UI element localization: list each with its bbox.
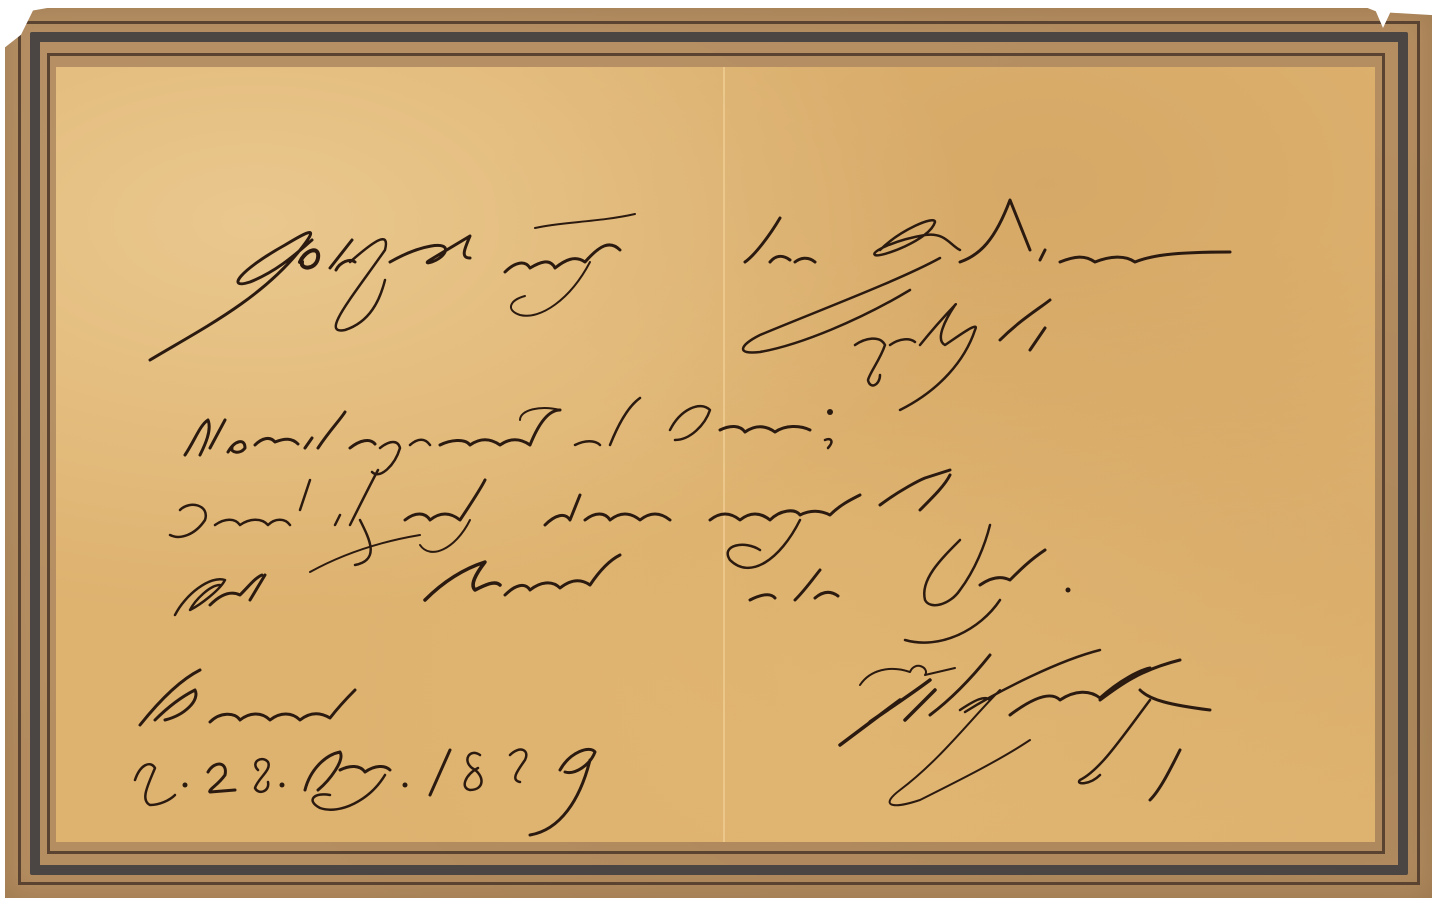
manuscript-paper	[56, 67, 1375, 842]
mounted-card	[5, 8, 1432, 898]
fold-crease	[723, 67, 725, 842]
